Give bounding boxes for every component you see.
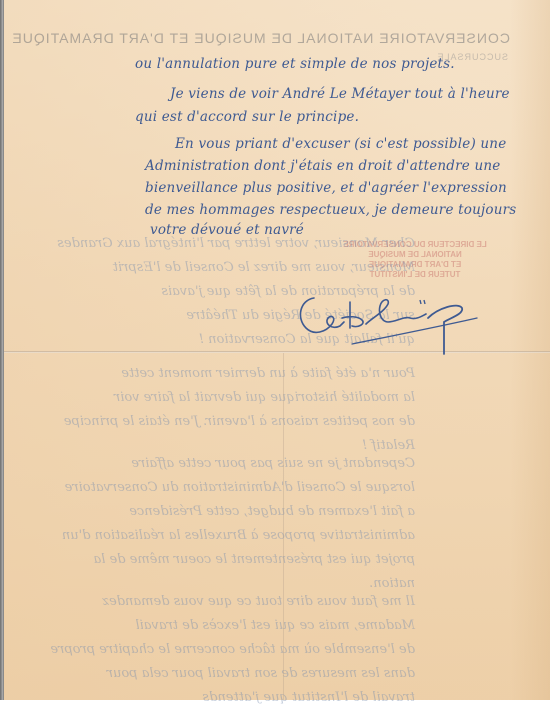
handwriting-line-1: ou l'annulation pure et simple de nos pr…	[135, 56, 455, 72]
signature	[292, 288, 492, 358]
bleed-line: Il me faut vous dire tout ce que vous de…	[35, 590, 415, 614]
bleed-line: travail de l'Institut que j'attends	[35, 686, 415, 700]
bleed-line: projet qui est présentement le coeur mêm…	[35, 548, 415, 572]
bleed-line: Pour n'a été faite à un dernier moment c…	[35, 362, 415, 386]
handwriting-line-8: votre dévoué et navré	[150, 222, 304, 238]
bleed-line: Cependant je ne suis pas pour cette affa…	[35, 452, 415, 476]
bleed-line: administrative propose à Bruxelles la ré…	[35, 524, 415, 548]
bleed-line: la modalité historique qui devrait la fa…	[35, 386, 415, 410]
handwriting-line-5: Administration dont j'étais en droit d'a…	[145, 158, 500, 174]
bleed-paragraph-4: Il me faut vous dire tout ce que vous de…	[35, 590, 415, 700]
handwriting-line-4: En vous priant d'excuser (si c'est possi…	[175, 136, 506, 152]
bleed-line: lorsque le Conseil d'Administration du C…	[35, 476, 415, 500]
handwriting-line-3: qui est d'accord sur le principe.	[135, 109, 359, 125]
bleed-paragraph-3: Cependant je ne suis pas pour cette affa…	[35, 452, 415, 596]
bleed-line: de nos petites raisons à l'avenir. J'en …	[35, 410, 415, 434]
vertical-fold-line	[283, 353, 284, 700]
bleed-line: de l'ensemble où ma tâche concerne le ch…	[35, 638, 415, 662]
letterhead-line-1: CONSERVATOIRE NATIONAL DE MUSIQUE ET D'A…	[40, 30, 510, 46]
bleed-line: a fait l'examen de budget, cette Préside…	[35, 500, 415, 524]
handwriting-line-2: Je viens de voir André Le Métayer tout à…	[170, 86, 510, 102]
bleed-line: Monsieur, vous me direz le Conseil de l'…	[35, 256, 415, 280]
bleed-line: dans les mesures de son travail pour cel…	[35, 662, 415, 686]
handwriting-line-6: bienveillance plus positive, et d'agréer…	[145, 180, 507, 196]
bleed-paragraph-2: Pour n'a été faite à un dernier moment c…	[35, 362, 415, 458]
paper-shading	[510, 0, 550, 700]
handwriting-line-7: de mes hommages respectueux, je demeure …	[145, 202, 516, 218]
bleed-line: Madame, mais ce qui est l'excès de trava…	[35, 614, 415, 638]
